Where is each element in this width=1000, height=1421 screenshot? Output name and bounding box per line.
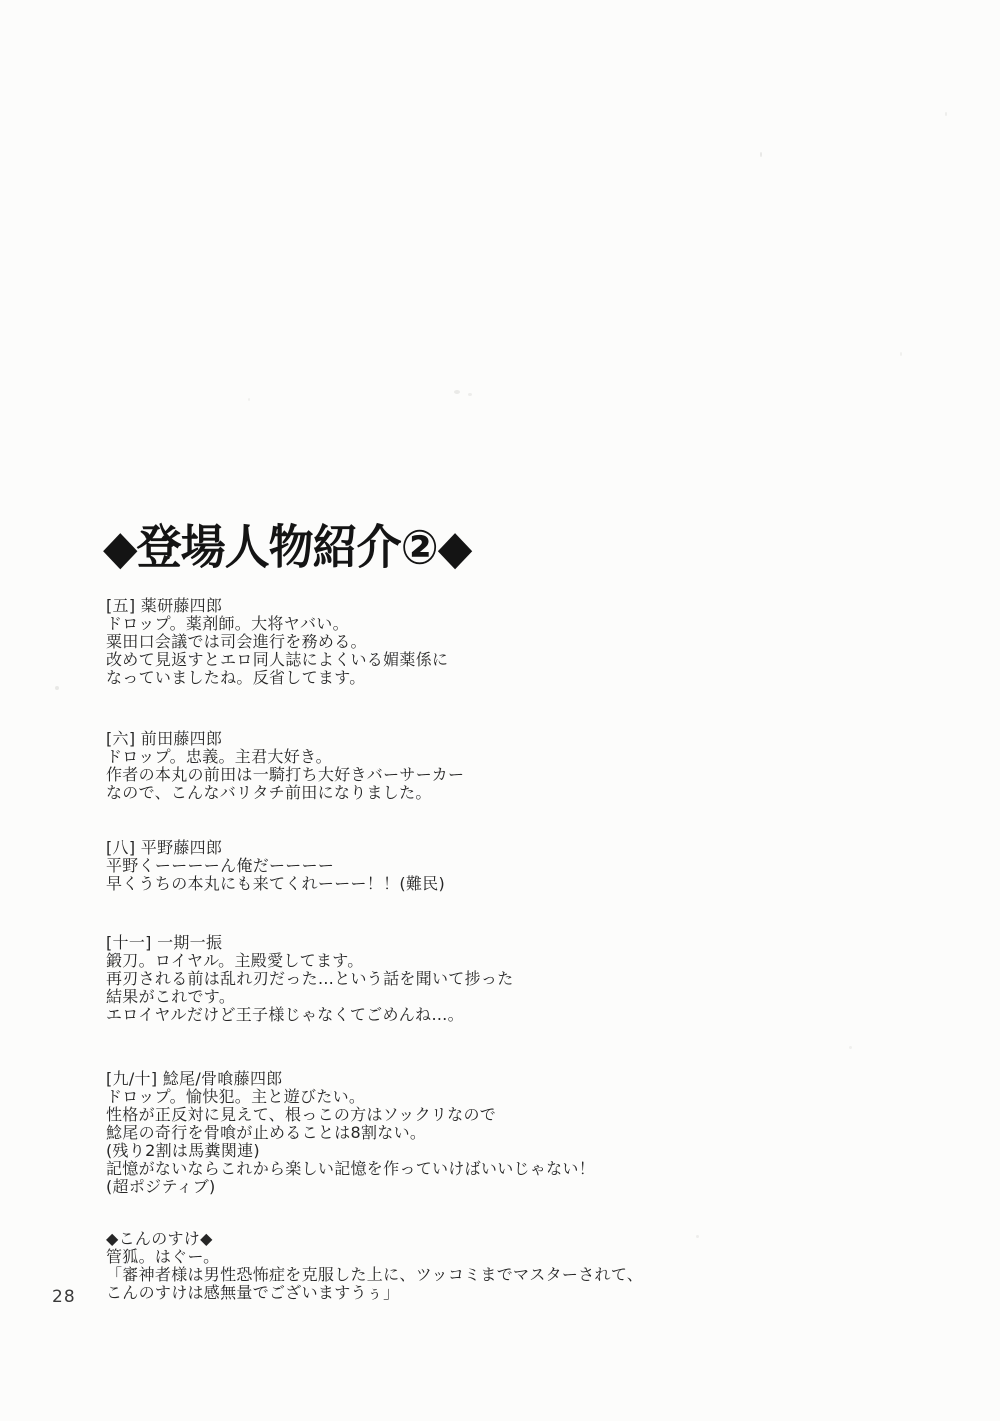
character-line: 「審神者様は男性恐怖症を克服した上に、ツッコミまでマスターされて、: [106, 1266, 643, 1284]
character-heading: [十一] 一期一振: [106, 934, 514, 952]
character-heading: [六] 前田藤四郎: [106, 730, 464, 748]
scan-speck: [900, 352, 902, 356]
scan-speck: [696, 1235, 699, 1238]
character-section-hirano: [八] 平野藤四郎 平野くーーーーん俺だーーーー 早くうちの本丸にも来てくれーー…: [106, 839, 445, 893]
character-line: 性格が正反対に見えて、根っこの方はソックリなので: [106, 1106, 595, 1124]
document-page: ◆登場人物紹介②◆ [五] 薬研藤四郎 ドロップ。薬剤師。大将ヤバい。 粟田口会…: [0, 0, 1000, 1421]
character-line: なので、こんなバリタチ前田になりました。: [106, 784, 464, 802]
character-heading: [五] 薬研藤四郎: [106, 597, 448, 615]
scan-speck: [849, 1046, 852, 1049]
scan-speck: [454, 390, 460, 394]
character-line: 平野くーーーーん俺だーーーー: [106, 857, 445, 875]
character-section-maeda: [六] 前田藤四郎 ドロップ。忠義。主君大好き。 作者の本丸の前田は一騎打ち大好…: [106, 730, 464, 802]
character-line: ドロップ。薬剤師。大将ヤバい。: [106, 615, 448, 633]
character-section-namazuo-honebami: [九/十] 鯰尾/骨喰藤四郎 ドロップ。愉快犯。主と遊びたい。 性格が正反対に見…: [106, 1070, 595, 1196]
character-line: (残り2割は馬糞関連): [106, 1142, 595, 1160]
page-title: ◆登場人物紹介②◆: [103, 509, 471, 577]
scan-speck: [760, 152, 762, 157]
character-line: なっていましたね。反省してます。: [106, 669, 448, 687]
scan-speck: [248, 398, 250, 401]
character-line: エロイヤルだけど王子様じゃなくてごめんね…。: [106, 1006, 514, 1024]
scan-speck: [55, 686, 59, 690]
character-line: 早くうちの本丸にも来てくれーーー！！(難民): [106, 875, 445, 893]
character-line: 再刃される前は乱れ刃だった…という話を聞いて捗った: [106, 970, 514, 988]
scan-speck: [945, 112, 947, 116]
character-line: ドロップ。愉快犯。主と遊びたい。: [106, 1088, 595, 1106]
character-line: こんのすけは感無量でございますうぅ」: [106, 1284, 643, 1302]
character-line: 結果がこれです。: [106, 988, 514, 1006]
character-section-yagen: [五] 薬研藤四郎 ドロップ。薬剤師。大将ヤバい。 粟田口会議では司会進行を務め…: [106, 597, 448, 687]
character-heading: [九/十] 鯰尾/骨喰藤四郎: [106, 1070, 595, 1088]
character-line: (超ポジティブ): [106, 1178, 595, 1196]
character-line: 鍛刀。ロイヤル。主殿愛してます。: [106, 952, 514, 970]
scan-speck: [468, 393, 472, 396]
character-heading: ◆こんのすけ◆: [106, 1230, 643, 1248]
page-number: 28: [52, 1287, 76, 1307]
character-heading: [八] 平野藤四郎: [106, 839, 445, 857]
character-line: 粟田口会議では司会進行を務める。: [106, 633, 448, 651]
character-line: 記憶がないならこれから楽しい記憶を作っていけばいいじゃない！: [106, 1160, 595, 1178]
character-line: 改めて見返すとエロ同人誌によくいる媚薬係に: [106, 651, 448, 669]
character-line: 管狐。はぐー。: [106, 1248, 643, 1266]
character-line: 鯰尾の奇行を骨喰が止めることは8割ない。: [106, 1124, 595, 1142]
character-section-konnosuke: ◆こんのすけ◆ 管狐。はぐー。 「審神者様は男性恐怖症を克服した上に、ツッコミま…: [106, 1230, 643, 1302]
character-line: ドロップ。忠義。主君大好き。: [106, 748, 464, 766]
character-line: 作者の本丸の前田は一騎打ち大好きバーサーカー: [106, 766, 464, 784]
character-section-ichigo: [十一] 一期一振 鍛刀。ロイヤル。主殿愛してます。 再刃される前は乱れ刃だった…: [106, 934, 514, 1024]
